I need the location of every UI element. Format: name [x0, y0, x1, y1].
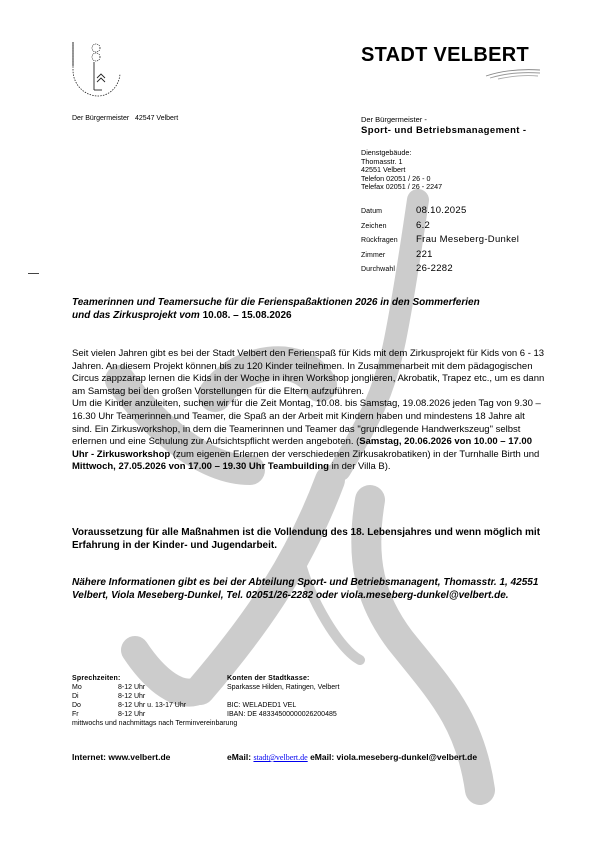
brand-swoosh-icon — [484, 66, 542, 80]
hours-time: 8-12 Uhr — [118, 711, 145, 720]
meta-value: 6.2 — [416, 220, 430, 231]
hours-time: 8-12 Uhr — [118, 684, 145, 693]
bank-iban: IBAN: DE 48334500000026200485 — [227, 711, 339, 720]
body-paragraph-1: Seit vielen Jahren gibt es bei der Stadt… — [72, 348, 547, 398]
body-text: (zum eigenen Erlernen der verschiedenen … — [170, 449, 539, 460]
meta-value: Frau Meseberg-Dunkel — [416, 234, 519, 245]
hours-row: Fr8-12 Uhr — [72, 711, 237, 720]
email-info: eMail: stadt@velbert.de eMail: viola.mes… — [227, 752, 477, 762]
bank-bic: BIC: WELADED1 VEL — [227, 702, 339, 711]
subject-line-2-text: und das Zirkusprojekt vom — [72, 310, 203, 321]
office-hours: Sprechzeiten: Mo8-12 Uhr Di8-12 Uhr Do8-… — [72, 675, 237, 728]
fold-mark — [28, 273, 39, 274]
meta-row-date: Datum 08.10.2025 — [361, 205, 519, 220]
meta-value: 08.10.2025 — [416, 205, 467, 216]
meta-label: Datum — [361, 208, 416, 215]
meta-value: 26-2282 — [416, 263, 453, 274]
hours-day: Do — [72, 702, 118, 711]
body-teambuilding-date: Mittwoch, 27.05.2026 von 17.00 – 19.30 U… — [72, 461, 329, 472]
hours-time: 8-12 Uhr — [118, 693, 145, 702]
office-hours-title: Sprechzeiten: — [72, 675, 237, 684]
contact-email: eMail: viola.meseberg-dunkel@velbert.de — [308, 752, 477, 762]
requirement-note: Voraussetzung für alle Maßnahmen ist die… — [72, 527, 542, 552]
spacer — [227, 693, 339, 702]
meta-row-extension: Durchwahl 26-2282 — [361, 263, 519, 278]
meta-row-inquiries: Rückfragen Frau Meseberg-Dunkel — [361, 234, 519, 249]
building-fax: Telefax 02051 / 26 - 2247 — [361, 183, 442, 192]
bank-title: Konten der Stadtkasse: — [227, 675, 339, 684]
letter-subject: Teamerinnen und Teamersuche für die Feri… — [72, 297, 542, 322]
contact-information: Nähere Informationen gibt es bei der Abt… — [72, 577, 542, 602]
body-text: in der Villa B). — [329, 461, 391, 472]
subject-dates: 10.08. – 15.08.2026 — [203, 310, 292, 321]
subject-line-1: Teamerinnen und Teamersuche für die Feri… — [72, 297, 542, 310]
hours-row: Mo8-12 Uhr — [72, 684, 237, 693]
meta-label: Zeichen — [361, 223, 416, 230]
hours-day: Mo — [72, 684, 118, 693]
meta-row-room: Zimmer 221 — [361, 249, 519, 264]
sender-return-address: Der Bürgermeister 42547 Velbert — [72, 115, 178, 122]
bank-name: Sparkasse Hilden, Ratingen, Velbert — [227, 684, 339, 693]
subject-line-2: und das Zirkusprojekt vom 10.08. – 15.08… — [72, 310, 542, 323]
meta-row-reference: Zeichen 6.2 — [361, 220, 519, 235]
meta-value: 221 — [416, 249, 433, 260]
hours-row: Do8-12 Uhr u. 13-17 Uhr — [72, 702, 237, 711]
city-email-link[interactable]: stadt@velbert.de — [253, 753, 307, 762]
hours-day: Di — [72, 693, 118, 702]
meta-label: Zimmer — [361, 252, 416, 259]
building-address: Dienstgebäude: Thomasstr. 1 42551 Velber… — [361, 149, 442, 192]
bank-accounts: Konten der Stadtkasse: Sparkasse Hilden,… — [227, 675, 339, 720]
brand-wordmark: STADT VELBERT — [361, 44, 529, 67]
department-name: Sport- und Betriebsmanagement - — [361, 125, 526, 136]
department-authority: Der Bürgermeister - — [361, 115, 427, 124]
city-crest-icon — [70, 40, 122, 98]
letter-body: Seit vielen Jahren gibt es bei der Stadt… — [72, 348, 547, 474]
website-info: Internet: www.velbert.de — [72, 752, 170, 762]
hours-day: Fr — [72, 711, 118, 720]
email-label: eMail: — [227, 752, 253, 762]
meta-label: Durchwahl — [361, 266, 416, 273]
reference-block: Datum 08.10.2025 Zeichen 6.2 Rückfragen … — [361, 205, 519, 278]
hours-row: Di8-12 Uhr — [72, 693, 237, 702]
meta-label: Rückfragen — [361, 237, 416, 244]
letter-page: STADT VELBERT Der Bürgermeister 42547 Ve… — [0, 0, 595, 842]
hours-note: mittwochs und nachmittags nach Terminver… — [72, 720, 237, 729]
body-paragraph-2: Um die Kinder anzuleiten, suchen wir für… — [72, 398, 547, 474]
hours-time: 8-12 Uhr u. 13-17 Uhr — [118, 702, 186, 711]
